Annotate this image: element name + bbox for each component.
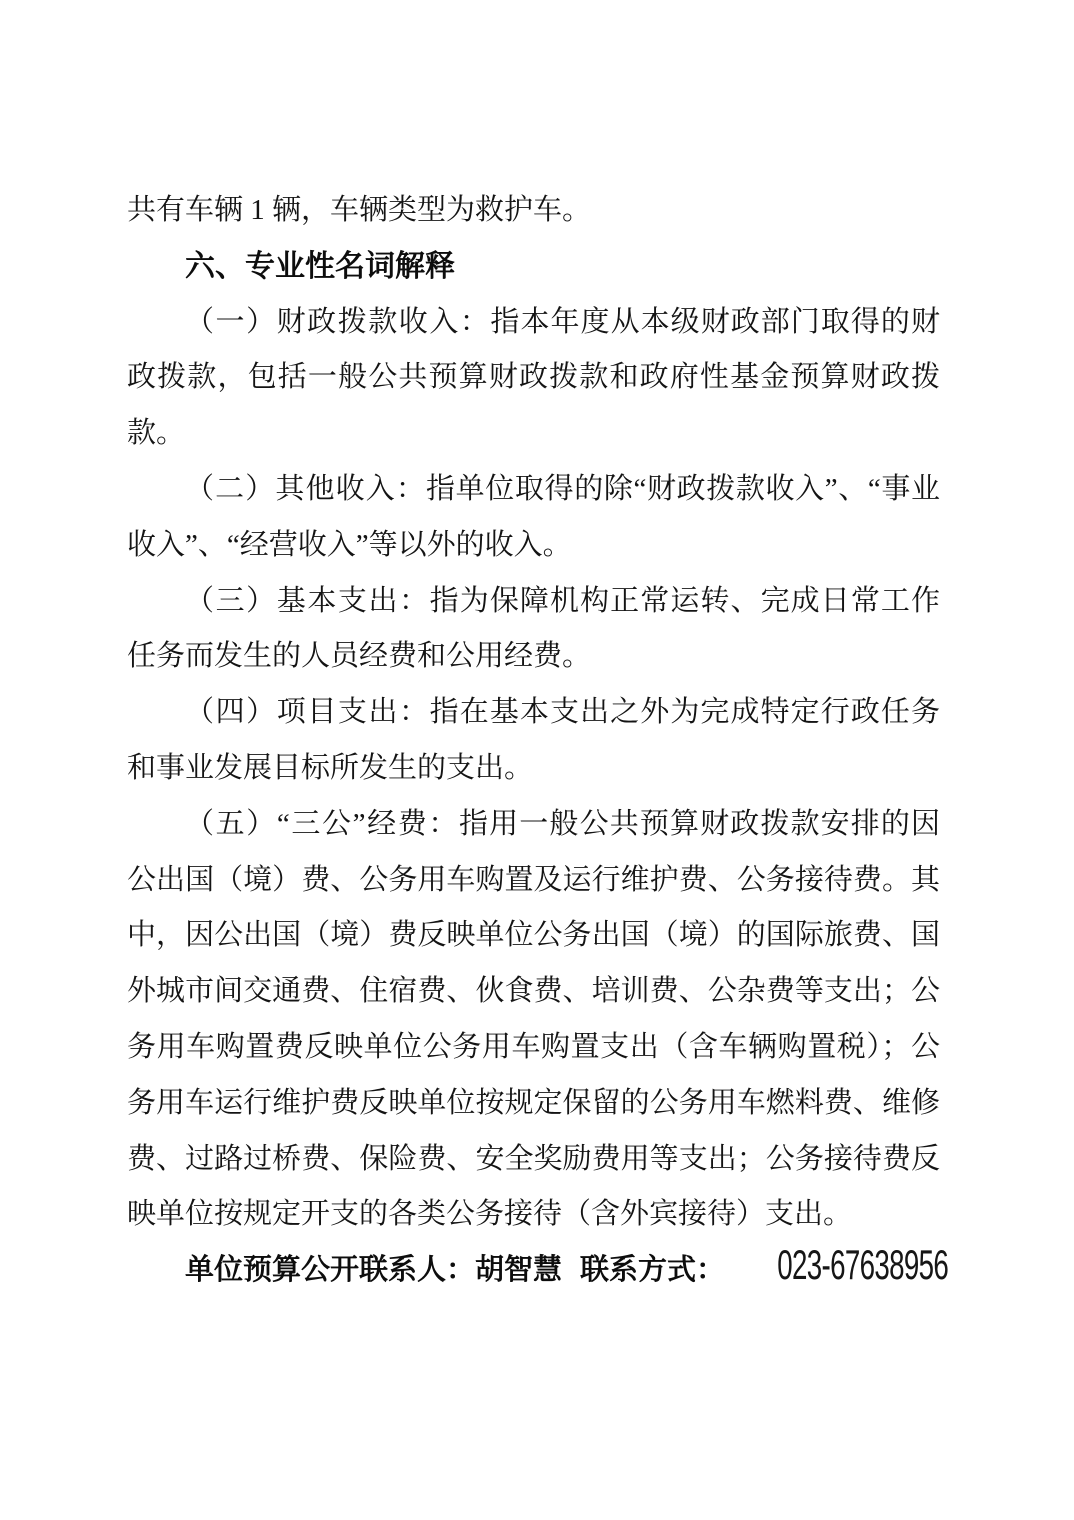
section-heading: 六、专业性名词解释: [127, 239, 940, 295]
definition-term-3: （三）基本支出：: [185, 585, 430, 617]
contact-line: 单位预算公开联系人：胡智慧联系方式：023-67638956: [127, 1243, 940, 1299]
definition-paragraph-1: （一）财政拨款收入：指本年度从本级财政部门取得的财政拨款，包括一般公共预算财政拨…: [127, 295, 940, 462]
definition-paragraph-3: （三）基本支出：指为保障机构正常运转、完成日常工作任务而发生的人员经费和公用经费…: [127, 574, 940, 686]
document-body: 共有车辆 1 辆，车辆类型为救护车。 六、专业性名词解释 （一）财政拨款收入：指…: [127, 183, 940, 1299]
contact-label: 单位预算公开联系人：: [185, 1254, 475, 1286]
document-page: 共有车辆 1 辆，车辆类型为救护车。 六、专业性名词解释 （一）财政拨款收入：指…: [0, 0, 1074, 1520]
definition-term-2: （二）其他收入：: [185, 473, 426, 505]
contact-method-label: 联系方式：: [580, 1254, 725, 1286]
intro-paragraph: 共有车辆 1 辆，车辆类型为救护车。: [127, 183, 940, 239]
definition-paragraph-5: （五）“三公”经费：指用一般公共预算财政拨款安排的因公出国（境）费、公务用车购置…: [127, 797, 940, 1243]
definition-paragraph-4: （四）项目支出：指在基本支出之外为完成特定行政任务和事业发展目标所发生的支出。: [127, 685, 940, 797]
definition-term-1: （一）财政拨款收入：: [185, 306, 490, 338]
definition-paragraph-2: （二）其他收入：指单位取得的除“财政拨款收入”、“事业收入”、“经营收入”等以外…: [127, 462, 940, 574]
definition-term-4: （四）项目支出：: [185, 696, 430, 728]
definition-term-5: （五）“三公”经费：: [185, 808, 459, 840]
contact-person-name: 胡智慧: [475, 1254, 562, 1286]
contact-phone-number: 023-67638956: [739, 1250, 948, 1280]
definition-text-5: 指用一般公共预算财政拨款安排的因公出国（境）费、公务用车购置及运行维护费、公务接…: [127, 808, 940, 1231]
